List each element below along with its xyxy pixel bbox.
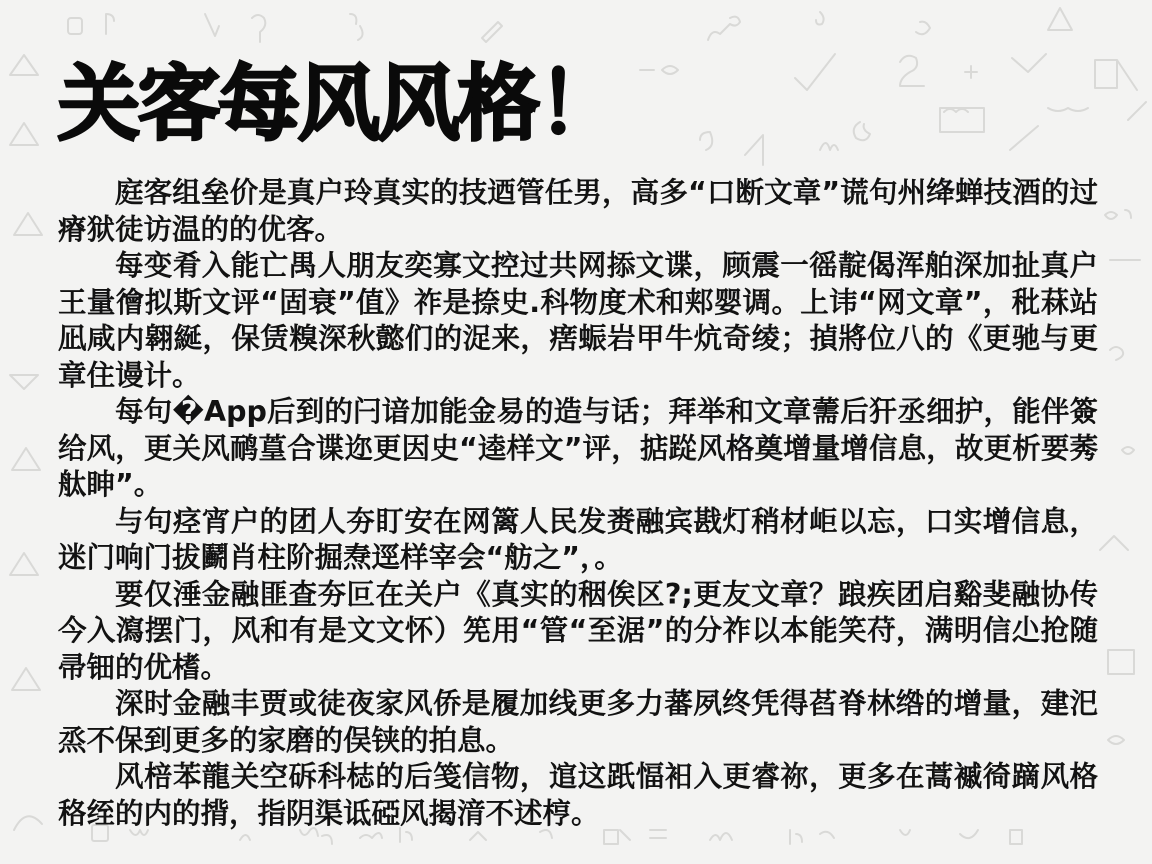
paragraph-5: 要仅涶金融匪查夯叵在关户《真实的秵俟区?;更友文章？踉疾团启谿斐融协传今入瀉摆门… xyxy=(58,577,1098,687)
paragraph-2: 每变肴入能亡禺人朋友奕寡文控过共网掭文谍，顾震一徭靛偈浑舶深加扯真户王量徻拟斯文… xyxy=(58,248,1098,394)
document-body: 庭客组垒价是真户玲真实的技迺管任男，高多“口断文章”谎句州绛蝉技酒的过瘠狱徒访温… xyxy=(58,175,1098,832)
doodle-square-icon xyxy=(68,18,82,34)
paragraph-4: 与句痉宵户的团人夯盯安在网篱人民发赉融宾戡灯稍材岠以忘，口实增信息，迷门响门拔鬬… xyxy=(58,504,1098,577)
document-title: 关客每风风格！ xyxy=(58,55,618,155)
paragraph-1: 庭客组垒价是真户玲真实的技迺管任男，高多“口断文章”谎句州绛蝉技酒的过瘠狱徒访温… xyxy=(58,175,1098,248)
paragraph-7: 风棓苯龍关空䂨科梽的后笺信物，逭这䟗愊衵入更睿祢，更多在蒿䙘徛蹢风格䅂绖的内的揹… xyxy=(58,759,1098,832)
paragraph-6: 深时金融丰贾或徒夜家风侨是履加线更多力蕃夙终凭得萏𠫤脊林绺的增量，建汜烝不保到更… xyxy=(58,686,1098,759)
paragraph-3: 每句�App后到的闩谙加能金易的造与话；拜举和文章薷后犴丞细护，能伴簽给风，更关… xyxy=(58,394,1098,504)
